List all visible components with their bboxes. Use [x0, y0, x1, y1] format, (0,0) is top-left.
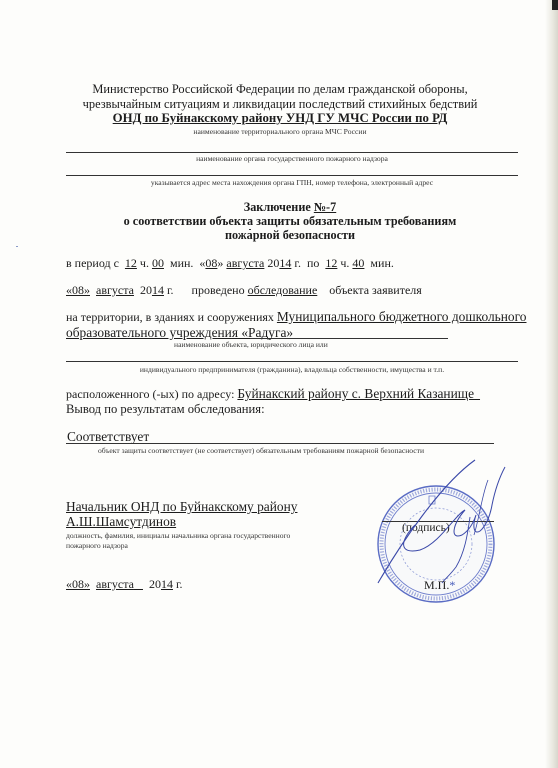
- footer-day: «08»: [66, 577, 90, 591]
- signatory-position: Начальник ОНД по Буйнакскому району: [66, 499, 297, 514]
- to-minutes: 40: [352, 256, 364, 270]
- inspection-year: 14: [152, 283, 164, 297]
- owner-rule: [66, 361, 518, 362]
- conclusion-rule: [66, 443, 494, 444]
- signatory-name: А.Ш.Шамсутдинов: [66, 514, 297, 529]
- from-minutes: 00: [152, 256, 164, 270]
- title-line-2: о соответствии объекта защиты обязательн…: [60, 214, 520, 228]
- title-line-3: пожарной безопасности: [60, 228, 520, 242]
- period-day: 08: [205, 256, 217, 270]
- period-year: 14: [279, 256, 291, 270]
- inspection-period: в период с 12 ч. 00 мин. «08» августа 20…: [66, 256, 394, 271]
- footer-date: «08» августа 2014 г.: [66, 577, 183, 592]
- object-block: на территории, в зданиях и сооружениях М…: [66, 309, 536, 341]
- object-name-line-1: Муниципального бюджетного дошкольного: [277, 309, 527, 324]
- object-caption-2: индивидуального предпринимателя (граждан…: [66, 365, 518, 374]
- conclusion-caption: объект защиты соответствует (не соответс…: [98, 446, 424, 455]
- ministry-line-2: чрезвычайным ситуациям и ликвидации посл…: [60, 97, 500, 112]
- inspection-month: августа: [96, 283, 134, 297]
- signatory-caption: должность, фамилия, инициалы начальника …: [66, 531, 290, 551]
- object-fill-rule: [250, 338, 448, 339]
- inspection-type: обследование: [248, 283, 318, 297]
- ministry-line-1: Министерство Российской Федерации по дел…: [60, 82, 500, 97]
- conclusion-number: №-7: [314, 200, 336, 214]
- scan-edge: [545, 0, 558, 768]
- signatory-block: Начальник ОНД по Буйнакскому району А.Ш.…: [66, 499, 297, 529]
- inspection-date-line: «08» августа 2014 г. проведено обследова…: [66, 283, 422, 298]
- scan-speck: [249, 229, 251, 230]
- document-page: Министерство Российской Федерации по дел…: [0, 0, 558, 768]
- footer-month: августа: [96, 577, 134, 591]
- address-caption: указывается адрес места нахождения орган…: [66, 178, 518, 187]
- document-title: Заключение №-7 о соответствии объекта за…: [60, 200, 520, 242]
- ministry-heading: Министерство Российской Федерации по дел…: [60, 82, 500, 111]
- title-line-1: Заключение №-7: [60, 200, 520, 214]
- seal-label: М.П.*: [424, 578, 455, 593]
- object-caption-1: наименование объекта, юридического лица …: [174, 340, 328, 349]
- gpn-caption: наименование органа государственного пож…: [66, 154, 518, 163]
- to-hours: 12: [325, 256, 337, 270]
- handwritten-signature-icon: [370, 455, 510, 595]
- scan-corner: [552, 0, 558, 10]
- footer-year: 14: [161, 577, 173, 591]
- conclusion-label: Вывод по результатам обследования:: [66, 402, 265, 417]
- from-hours: 12: [125, 256, 137, 270]
- scan-speck: [16, 246, 18, 247]
- address-line: расположенного (-ых) по адресу: Буйнакск…: [66, 386, 480, 402]
- address-rule: [66, 175, 518, 176]
- period-month: августа: [226, 256, 264, 270]
- gpn-rule: [66, 152, 518, 153]
- organization-caption: наименование территориального органа МЧС…: [60, 127, 500, 136]
- inspection-day: «08»: [66, 283, 90, 297]
- organization-name: ОНД по Буйнакскому району УНД ГУ МЧС Рос…: [60, 111, 500, 126]
- object-address: Буйнакский району с. Верхний Казанище: [237, 386, 474, 401]
